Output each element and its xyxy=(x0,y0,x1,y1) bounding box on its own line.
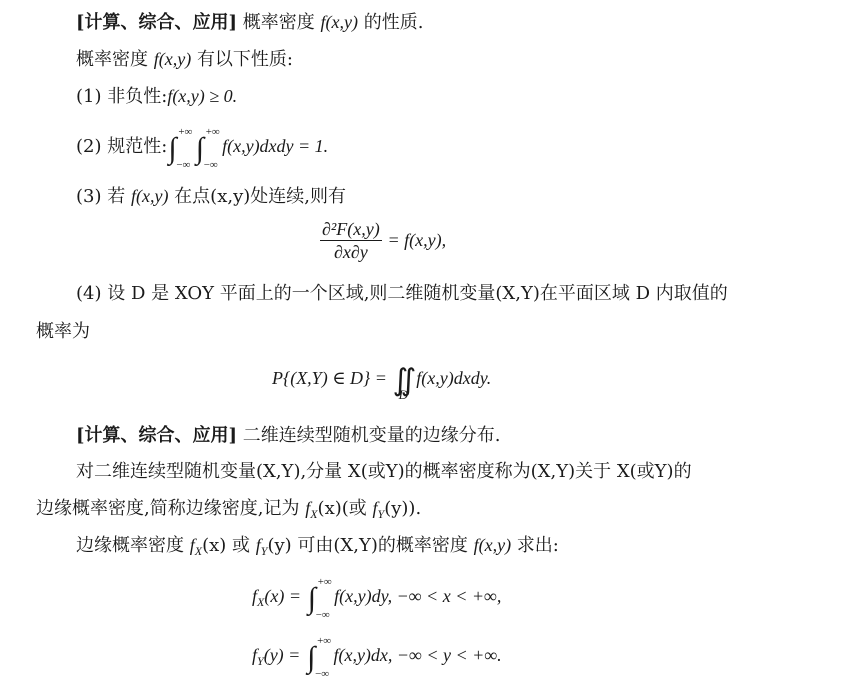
integral-sign: ∫+∞−∞ xyxy=(308,587,316,611)
paragraph-text: (x)(或 xyxy=(318,498,367,519)
paragraph-text: 对二维连续型随机变量(X,Y),分量 X(或Y)的概率密度称为(X,Y)关于 X… xyxy=(76,461,692,482)
denominator: ∂x∂y xyxy=(320,241,382,263)
region-label: D xyxy=(399,383,408,407)
formula-rhs: f(x,y)dy, −∞ < x < +∞, xyxy=(334,586,501,606)
property-text: 若 xyxy=(107,186,125,207)
subscript: Y xyxy=(257,654,264,668)
section-title: 二维连续型随机变量的边缘分布. xyxy=(243,425,501,446)
double-integral-sign: ∬D xyxy=(393,369,417,393)
integral-sign: ∫+∞−∞ xyxy=(307,646,315,670)
integrand: f(x,y)dxdy = 1. xyxy=(222,136,328,156)
property-number: (2) xyxy=(76,136,102,157)
subscript: X xyxy=(195,544,202,558)
upper-limit: +∞ xyxy=(317,636,331,647)
property-func: f(x,y) xyxy=(131,186,168,206)
paragraph-text: (y)). xyxy=(384,498,421,519)
intro-func: f(x,y) xyxy=(154,49,191,69)
paragraph-text: (y) 可由(X,Y)的概率密度 xyxy=(267,535,467,556)
paragraph-text: 求出: xyxy=(517,535,559,556)
property-4-line2: 概率为 xyxy=(36,320,90,344)
property-text: 在点(x,y)处连续,则有 xyxy=(174,186,346,207)
lower-limit: −∞ xyxy=(315,669,329,680)
property-label: 非负性: xyxy=(107,86,167,107)
section-tag: [计算、综合、应用] xyxy=(76,12,237,33)
property-number: (1) xyxy=(76,86,102,107)
upper-limit: +∞ xyxy=(206,127,220,138)
property-3: (3) 若 f(x,y) 在点(x,y)处连续,则有 xyxy=(76,184,346,209)
lower-limit: −∞ xyxy=(176,160,190,171)
intro-prefix: 概率密度 xyxy=(76,49,148,70)
integral-sign: ∫+∞−∞ xyxy=(196,137,204,161)
formula-lhs: P{(X,Y) ∈ D} = xyxy=(272,368,387,388)
integrand: f(x,y)dxdy. xyxy=(416,368,491,388)
paragraph-1-line1: 对二维连续型随机变量(X,Y),分量 X(或Y)的概率密度称为(X,Y)关于 X… xyxy=(76,460,692,484)
heading-suffix: 的性质. xyxy=(364,12,424,33)
property-formula: f(x,y) ≥ 0. xyxy=(167,86,237,106)
fraction: ∂²F(x,y) ∂x∂y xyxy=(320,218,382,263)
property-number: (4) xyxy=(76,283,102,304)
section-heading-density-properties: [计算、综合、应用] 概率密度 f(x,y) 的性质. xyxy=(76,10,423,35)
lower-limit: −∞ xyxy=(204,160,218,171)
numerator: ∂²F(x,y) xyxy=(320,218,382,241)
formula-rhs: f(x,y)dx, −∞ < y < +∞. xyxy=(333,645,501,665)
property-text: 设 D 是 XOY 平面上的一个区域,则二维随机变量(X,Y)在平面区域 D 内… xyxy=(107,283,728,304)
paragraph-text: 边缘概率密度 xyxy=(76,535,184,556)
section-heading-marginal: [计算、综合、应用] 二维连续型随机变量的边缘分布. xyxy=(76,424,501,448)
lower-limit: −∞ xyxy=(316,610,330,621)
property-4-line1: (4) 设 D 是 XOY 平面上的一个区域,则二维随机变量(X,Y)在平面区域… xyxy=(76,282,728,306)
formula-lhs: (y) = xyxy=(264,645,301,665)
property-label: 规范性: xyxy=(107,136,167,157)
property-2: (2) 规范性:∫+∞−∞ ∫+∞−∞ f(x,y)dxdy = 1. xyxy=(76,134,328,161)
property-number: (3) xyxy=(76,186,102,207)
marginal-fy-formula: fY(y) = ∫+∞−∞ f(x,y)dx, −∞ < y < +∞. xyxy=(252,643,502,673)
paragraph-text: (x) 或 xyxy=(202,535,250,556)
paragraph-2: 边缘概率密度 fX(x) 或 fY(y) 可由(X,Y)的概率密度 f(x,y)… xyxy=(76,533,559,563)
func-fxy: f(x,y) xyxy=(474,535,511,555)
intro-line: 概率密度 f(x,y) 有以下性质: xyxy=(76,47,293,72)
probability-formula: P{(X,Y) ∈ D} = ∬Df(x,y)dxdy. xyxy=(272,366,491,393)
property-1: (1) 非负性:f(x,y) ≥ 0. xyxy=(76,84,237,109)
formula-lhs: (x) = xyxy=(264,586,301,606)
heading-prefix: 概率密度 xyxy=(243,12,315,33)
paragraph-text: 边缘概率密度,简称边缘密度,记为 xyxy=(36,498,299,519)
partial-derivative-formula: ∂²F(x,y) ∂x∂y = f(x,y), xyxy=(320,218,446,263)
marginal-fx-formula: fX(x) = ∫+∞−∞ f(x,y)dy, −∞ < x < +∞, xyxy=(252,584,501,614)
heading-func: f(x,y) xyxy=(321,12,358,32)
rhs: = f(x,y), xyxy=(388,230,447,250)
intro-suffix: 有以下性质: xyxy=(197,49,293,70)
property-text: 概率为 xyxy=(36,321,90,342)
upper-limit: +∞ xyxy=(318,577,332,588)
section-tag: [计算、综合、应用] xyxy=(76,425,237,446)
subscript: X xyxy=(310,507,317,521)
upper-limit: +∞ xyxy=(178,127,192,138)
integral-sign: ∫+∞−∞ xyxy=(168,137,176,161)
paragraph-1-line2: 边缘概率密度,简称边缘密度,记为 fX(x)(或 fY(y)). xyxy=(36,496,421,526)
